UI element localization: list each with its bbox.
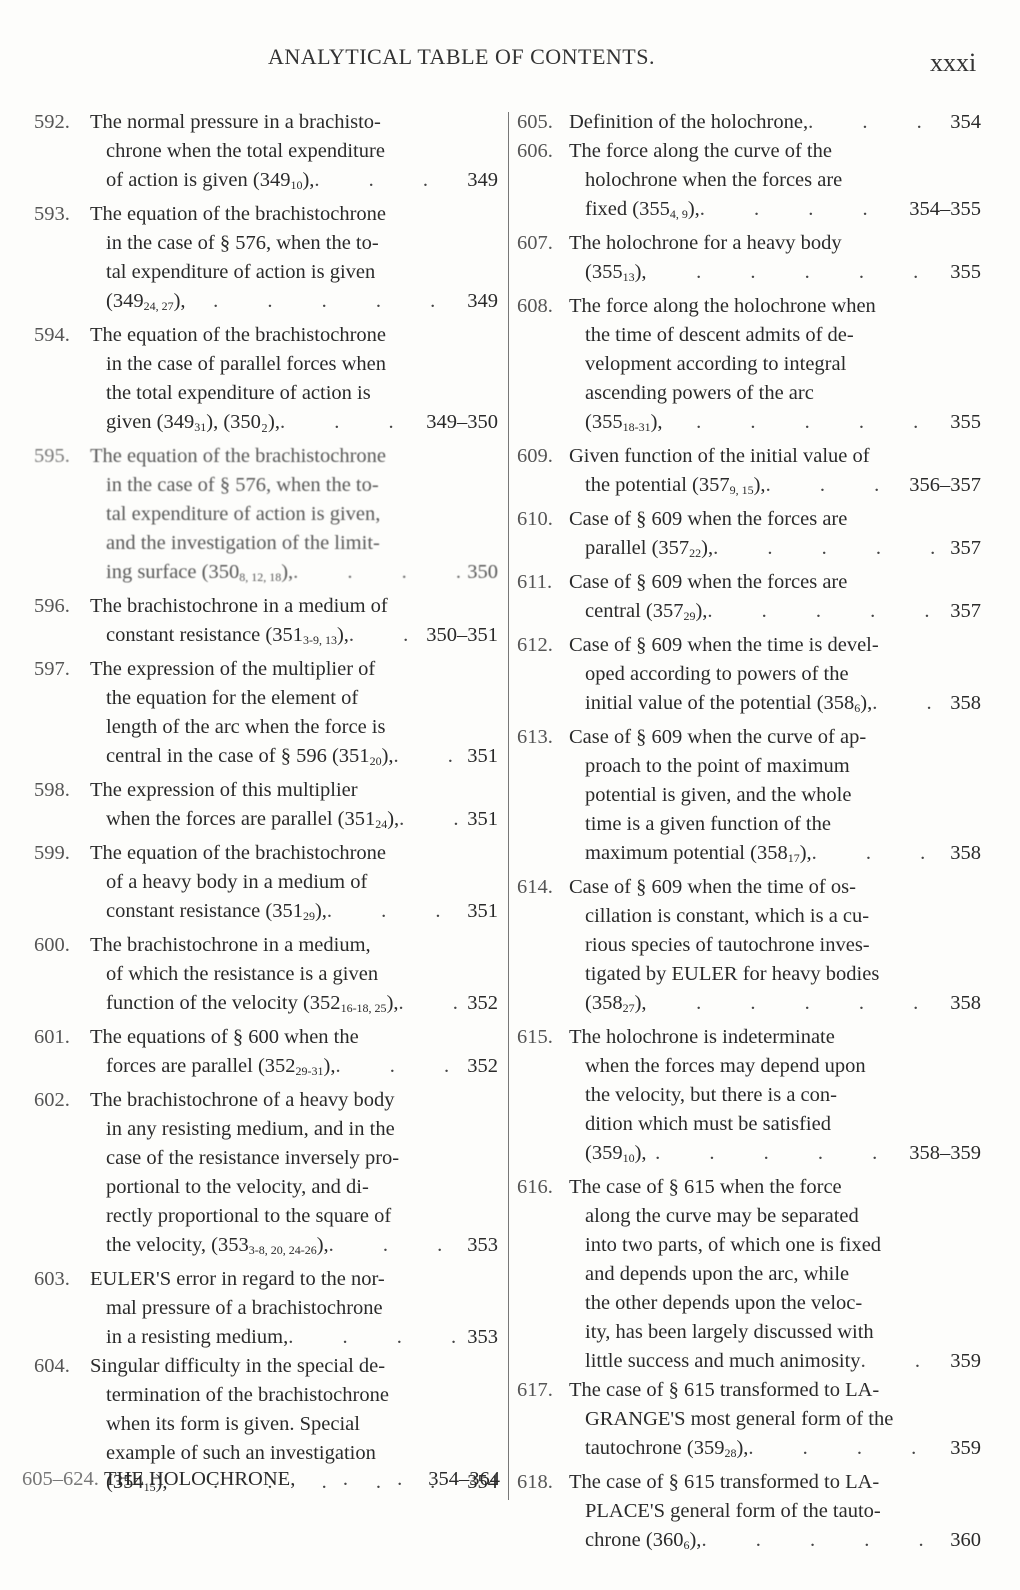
entry-text: (35518-31),: [585, 408, 663, 442]
entry-text: example of such an investigation: [106, 1439, 376, 1468]
entry-line: EULER'S error in regard to the nor-: [34, 1265, 498, 1294]
entry-text-main: constant resistance (351: [106, 624, 303, 646]
entry-text: Given function of the initial value of: [569, 442, 870, 471]
entry-text-main: forces are parallel (352: [106, 1055, 296, 1077]
entry-text: initial value of the potential (3586),: [585, 689, 872, 723]
entry-line: in the case of parallel forces when: [34, 350, 498, 379]
entry-text: velopment according to integral: [585, 350, 846, 379]
dot-leader: . . . . .: [707, 597, 944, 631]
right-column: 605.Definition of the holochrone,. . . .…: [517, 108, 981, 1560]
entry-text: EULER'S error in regard to the nor-: [90, 1265, 385, 1294]
entry-line: when the forces may depend upon: [517, 1052, 981, 1081]
section-title: THE HOLOCHRONE,: [104, 1468, 295, 1490]
toc-entry: 614.Case of § 609 when the time of os-ci…: [517, 873, 981, 1023]
dot-leader: . . . . .: [812, 839, 945, 873]
entry-text: of which the resistance is a given: [106, 960, 378, 989]
entry-last-line: given (34931), (350₂),. . . . .349–350: [34, 408, 498, 442]
toc-entry: 599.The equation of the brachistochroneo…: [34, 839, 498, 931]
equation-reference: 29: [303, 909, 315, 923]
entry-text: termination of the brachistochrone: [106, 1381, 389, 1410]
entry-text-main: central (357: [585, 600, 683, 622]
page-reference: 349: [461, 287, 498, 321]
page-reference: 353: [461, 1231, 498, 1265]
entry-last-line: maximum potential (35817),. . . . .358: [517, 839, 981, 873]
entry-text-tail: ),: [635, 992, 647, 1014]
dot-leader: . . . . .: [349, 621, 420, 655]
entry-line: and the investigation of the limit-: [34, 529, 498, 558]
toc-entry: 617.The case of § 615 transformed to LA-…: [517, 1376, 981, 1468]
entry-text-main: given (349: [106, 411, 194, 433]
page-reference: 358: [944, 989, 981, 1023]
entry-text: Case of § 609 when the curve of ap-: [569, 723, 866, 752]
entry-last-line: parallel (35722),. . . . .357: [517, 534, 981, 568]
entry-text: function of the velocity (35216-18, 25),: [106, 989, 399, 1023]
entry-text: (35827),: [585, 989, 647, 1023]
entry-text: oped according to powers of the: [585, 660, 849, 689]
entry-line: the total expenditure of action is: [34, 379, 498, 408]
entry-number: 600.: [34, 931, 70, 960]
entry-text: in the case of § 576, when the to-: [106, 471, 379, 500]
entry-text-main: (355: [585, 411, 623, 433]
left-column: 592.The normal pressure in a brachisto-c…: [34, 108, 498, 1502]
entry-text: The case of § 615 when the force: [569, 1173, 842, 1202]
equation-reference: 28: [724, 1446, 736, 1460]
entry-text: The equation of the brachistochrone: [90, 839, 386, 868]
entry-text: PLACE'S general form of the tauto-: [585, 1497, 881, 1526]
entry-line: in any resisting medium, and in the: [34, 1115, 498, 1144]
entry-number: 598.: [34, 776, 70, 805]
entry-text: case of the resistance inversely pro-: [106, 1144, 399, 1173]
entry-last-line: tautochrone (35928),. . . . .359: [517, 1434, 981, 1468]
entry-number: 611.: [517, 568, 552, 597]
entry-text: The expression of the multiplier of: [90, 655, 375, 684]
entry-text: Singular difficulty in the special de-: [90, 1352, 385, 1381]
entry-text: little success and much animosity: [585, 1347, 861, 1376]
entry-line: into two parts, of which one is fixed: [517, 1231, 981, 1260]
entry-text: Case of § 609 when the time of os-: [569, 873, 856, 902]
entry-last-line: the velocity, (3533-8, 20, 24-26),. . . …: [34, 1231, 498, 1265]
entry-text-tail: ),: [337, 624, 349, 646]
entry-line: termination of the brachistochrone: [34, 1381, 498, 1410]
entry-number: 592.: [34, 108, 70, 137]
entry-number: 613.: [517, 723, 553, 752]
equation-reference: 31: [194, 420, 206, 434]
entry-line: mal pressure of a brachistochrone: [34, 1294, 498, 1323]
entry-line: along the curve may be separated: [517, 1202, 981, 1231]
entry-line: The brachistochrone in a medium,: [34, 931, 498, 960]
entry-line: velopment according to integral: [517, 350, 981, 379]
entry-line: The equation of the brachistochrone: [34, 321, 498, 350]
toc-entry: 608.The force along the holochrone whent…: [517, 292, 981, 442]
toc-entry: 610.Case of § 609 when the forces arepar…: [517, 505, 981, 568]
entry-line: in the case of § 576, when the to-: [34, 229, 498, 258]
page-reference: 352: [461, 989, 498, 1023]
entry-text: in a resisting medium,: [106, 1323, 288, 1352]
entry-text: constant resistance (35129),: [106, 897, 327, 931]
entry-text-main: central in the case of § 596 (351: [106, 745, 370, 767]
toc-entry: 613.Case of § 609 when the curve of ap-p…: [517, 723, 981, 873]
entry-text: The brachistochrone in a medium of: [90, 592, 388, 621]
toc-entry: 601.The equations of § 600 when theforce…: [34, 1023, 498, 1086]
entry-text: length of the arc when the force is: [106, 713, 385, 742]
entry-text: The brachistochrone in a medium,: [90, 931, 371, 960]
entry-text: and the investigation of the limit-: [106, 529, 380, 558]
entry-line: rectly proportional to the square of: [34, 1202, 498, 1231]
entry-number: 594.: [34, 321, 70, 350]
toc-entry: 597.The expression of the multiplier oft…: [34, 655, 498, 776]
entry-text-tail: ),: [754, 474, 766, 496]
entry-text: The expression of this multiplier: [90, 776, 358, 805]
toc-entry: 611.Case of § 609 when the forces arecen…: [517, 568, 981, 631]
section-pages: 354–364: [428, 1468, 500, 1491]
entry-line: PLACE'S general form of the tauto-: [517, 1497, 981, 1526]
toc-entry: 598.The expression of this multiplierwhe…: [34, 776, 498, 839]
entry-text-tail: ), (350₂),: [206, 411, 280, 433]
entry-line: of which the resistance is a given: [34, 960, 498, 989]
entry-line: The force along the holochrone when: [517, 292, 981, 321]
entry-text: time is a given function of the: [585, 810, 831, 839]
entry-text: the other depends upon the veloc-: [585, 1289, 862, 1318]
dot-leader: . . . . .: [327, 897, 461, 931]
entry-line: holochrone when the forces are: [517, 166, 981, 195]
equation-reference: 13: [623, 270, 635, 284]
entry-line: Case of § 609 when the forces are: [517, 568, 981, 597]
entry-last-line: (35827),. . . . .358: [517, 989, 981, 1023]
entry-text-main: function of the velocity (352: [106, 992, 341, 1014]
entry-last-line: ing surface (3508, 12, 18),. . . . .350: [34, 558, 498, 592]
entry-number: 610.: [517, 505, 553, 534]
page-reference: 349: [461, 166, 498, 200]
toc-entry: 603.EULER'S error in regard to the nor-m…: [34, 1265, 498, 1352]
equation-reference: 3-9, 13: [303, 633, 337, 647]
entry-text: The force along the curve of the: [569, 137, 832, 166]
entry-line: Case of § 609 when the forces are: [517, 505, 981, 534]
page-reference: 354–355: [903, 195, 981, 229]
entry-line: Case of § 609 when the time is devel-: [517, 631, 981, 660]
entry-text-main: little success and much animosity: [585, 1350, 861, 1372]
entry-line: oped according to powers of the: [517, 660, 981, 689]
entry-line: GRANGE'S most general form of the: [517, 1405, 981, 1434]
dot-leader: . . . . .: [647, 1139, 904, 1173]
entry-text-tail: ),: [315, 900, 327, 922]
entry-text-main: maximum potential (358: [585, 842, 788, 864]
entry-text: cillation is constant, which is a cu-: [585, 902, 869, 931]
entry-text-tail: ),: [635, 1142, 647, 1164]
entry-number: 595.: [34, 442, 70, 471]
dot-leader: . . . . .: [748, 1434, 944, 1468]
entry-text: rious species of tautochrone inves-: [585, 931, 870, 960]
entry-text-tail: ),: [281, 561, 293, 583]
entry-line: case of the resistance inversely pro-: [34, 1144, 498, 1173]
entry-text: GRANGE'S most general form of the: [585, 1405, 893, 1434]
toc-entry: 602.The brachistochrone of a heavy bodyi…: [34, 1086, 498, 1265]
equation-reference: 17: [788, 851, 800, 865]
entry-line: The normal pressure in a brachisto-: [34, 108, 498, 137]
page-reference: 351: [461, 897, 498, 931]
dot-leader: . . . . .: [394, 742, 462, 776]
entry-line: Singular difficulty in the special de-: [34, 1352, 498, 1381]
toc-entry: 594.The equation of the brachistochronei…: [34, 321, 498, 442]
entry-last-line: constant resistance (35129),. . . . .351: [34, 897, 498, 931]
entry-text: tal expenditure of action is given,: [106, 500, 380, 529]
entry-line: example of such an investigation: [34, 1439, 498, 1468]
entry-text-main: initial value of the potential (358: [585, 692, 854, 714]
entry-number: 605.: [517, 108, 553, 137]
entry-line: dition which must be satisfied: [517, 1110, 981, 1139]
entry-text-main: the potential (357: [585, 474, 730, 496]
entry-text-main: tautochrone (359: [585, 1437, 724, 1459]
toc-entry: 607.The holochrone for a heavy body(3551…: [517, 229, 981, 292]
equation-reference: 10: [290, 178, 302, 192]
entry-text: tautochrone (35928),: [585, 1434, 748, 1468]
page-reference: 350–351: [420, 621, 498, 655]
equation-reference: 24, 27: [144, 299, 174, 313]
entry-text: and depends upon the arc, while: [585, 1260, 849, 1289]
entry-last-line: when the forces are parallel (35124),. .…: [34, 805, 498, 839]
entry-number: 617.: [517, 1376, 553, 1405]
page-reference: 358–359: [903, 1139, 981, 1173]
section-range: 605–624.: [22, 1468, 99, 1490]
entry-text: (35513),: [585, 258, 647, 292]
entry-last-line: central (35729),. . . . .357: [517, 597, 981, 631]
entry-last-line: (34924, 27),. . . . .349: [34, 287, 498, 321]
column-divider: [508, 112, 509, 1500]
entry-last-line: forces are parallel (35229-31),. . . . .…: [34, 1052, 498, 1086]
page-header: ANALYTICAL TABLE OF CONTENTS. xxxi: [0, 44, 1020, 74]
toc-entry: 593.The equation of the brachistochronei…: [34, 200, 498, 321]
entry-line: length of the arc when the force is: [34, 713, 498, 742]
page-reference: 355: [944, 408, 981, 442]
page-reference: 360: [944, 1526, 981, 1560]
toc-entry: 609.Given function of the initial value …: [517, 442, 981, 505]
entry-number: 616.: [517, 1173, 553, 1202]
entry-line: The equations of § 600 when the: [34, 1023, 498, 1052]
entry-text: ity, has been largely discussed with: [585, 1318, 874, 1347]
toc-entry: 612.Case of § 609 when the time is devel…: [517, 631, 981, 723]
equation-reference: 18-31: [623, 420, 651, 434]
entry-text: The case of § 615 transformed to LA-: [569, 1376, 879, 1405]
entry-text: the velocity, (3533-8, 20, 24-26),: [106, 1231, 329, 1265]
entry-text: when the forces are parallel (35124),: [106, 805, 399, 839]
dot-leader: . . . . .: [713, 534, 944, 568]
entry-text: the total expenditure of action is: [106, 379, 371, 408]
page-reference: 358: [944, 839, 981, 873]
page-reference: 356–357: [903, 471, 981, 505]
entry-line: The case of § 615 when the force: [517, 1173, 981, 1202]
entry-text-main: (355: [585, 261, 623, 283]
entry-line: cillation is constant, which is a cu-: [517, 902, 981, 931]
toc-entry: 618.The case of § 615 transformed to LA-…: [517, 1468, 981, 1560]
entry-line: The case of § 615 transformed to LA-: [517, 1376, 981, 1405]
entry-number: 612.: [517, 631, 553, 660]
dot-leader: . .: [295, 1468, 428, 1491]
entry-text: The holochrone for a heavy body: [569, 229, 842, 258]
entry-text: (34924, 27),: [106, 287, 186, 321]
page-reference: 354: [944, 108, 981, 137]
entry-line: The brachistochrone in a medium of: [34, 592, 498, 621]
equation-reference: 8, 12, 18: [239, 570, 281, 584]
entry-number: 604.: [34, 1352, 70, 1381]
entry-text-tail: ),: [651, 411, 663, 433]
entry-text: portional to the velocity, and di-: [106, 1173, 369, 1202]
dot-leader: . . . . .: [700, 195, 903, 229]
entry-number: 609.: [517, 442, 553, 471]
page-reference: 357: [944, 597, 981, 631]
entry-text: in the case of parallel forces when: [106, 350, 386, 379]
entry-line: chrone when the total expenditure: [34, 137, 498, 166]
entry-number: 597.: [34, 655, 70, 684]
entry-text: maximum potential (35817),: [585, 839, 812, 873]
entry-line: the other depends upon the veloc-: [517, 1289, 981, 1318]
entry-text: constant resistance (3513-9, 13),: [106, 621, 349, 655]
entry-line: ity, has been largely discussed with: [517, 1318, 981, 1347]
entry-number: 602.: [34, 1086, 70, 1115]
toc-entry: 605.Definition of the holochrone,. . . .…: [517, 108, 981, 137]
entry-number: 618.: [517, 1468, 553, 1497]
entry-text: central in the case of § 596 (35120),: [106, 742, 394, 776]
dot-leader: . . . . .: [335, 1052, 461, 1086]
dot-leader: . . . . .: [861, 1347, 945, 1376]
entry-text: tal expenditure of action is given: [106, 258, 375, 287]
page-reference: 351: [461, 805, 498, 839]
entry-text: dition which must be satisfied: [585, 1110, 831, 1139]
entry-text-tail: ),: [302, 169, 314, 191]
page-reference: 349–350: [420, 408, 498, 442]
entry-line: The equation of the brachistochrone: [34, 200, 498, 229]
entry-line: Given function of the initial value of: [517, 442, 981, 471]
page-reference: 358: [944, 689, 981, 723]
entry-line: The equation of the brachistochrone: [34, 442, 498, 471]
dot-leader: . . . . .: [329, 1231, 462, 1265]
entry-text-main: the velocity, (353: [106, 1234, 249, 1256]
entry-number: 601.: [34, 1023, 70, 1052]
entry-line: Case of § 609 when the time of os-: [517, 873, 981, 902]
dot-leader: . . . . .: [288, 1323, 461, 1352]
toc-entry: 606.The force along the curve of theholo…: [517, 137, 981, 229]
entry-text: parallel (35722),: [585, 534, 713, 568]
toc-entry: 600.The brachistochrone in a medium,of w…: [34, 931, 498, 1023]
entry-last-line: little success and much animosity. . . .…: [517, 1347, 981, 1376]
dot-leader: . . . . .: [314, 166, 461, 200]
entry-text-tail: ),: [387, 808, 399, 830]
entry-text: holochrone when the forces are: [585, 166, 842, 195]
dot-leader: . . . . .: [280, 408, 420, 442]
equation-reference: 10: [623, 1151, 635, 1165]
page-reference: 352: [461, 1052, 498, 1086]
entry-line: The equation of the brachistochrone: [34, 839, 498, 868]
entry-text: The equation of the brachistochrone: [90, 200, 386, 229]
running-title: ANALYTICAL TABLE OF CONTENTS.: [268, 44, 655, 70]
equation-reference: 16-18, 25: [341, 1001, 387, 1015]
equation-reference: 20: [370, 754, 382, 768]
page-reference: 359: [944, 1347, 981, 1376]
entry-line: The force along the curve of the: [517, 137, 981, 166]
section-footer: 605–624. THE HOLOCHRONE, . . 354–364: [22, 1468, 500, 1491]
entry-line: The holochrone is indeterminate: [517, 1023, 981, 1052]
toc-entry: 596.The brachistochrone in a medium ofco…: [34, 592, 498, 655]
entry-text: given (34931), (350₂),: [106, 408, 280, 442]
entry-number: 607.: [517, 229, 553, 258]
entry-text: in any resisting medium, and in the: [106, 1115, 395, 1144]
entry-text: Case of § 609 when the forces are: [569, 505, 847, 534]
toc-entry: 615.The holochrone is indeterminatewhen …: [517, 1023, 981, 1173]
toc-entry: 592.The normal pressure in a brachisto-c…: [34, 108, 498, 200]
dot-leader: . . . . .: [766, 471, 904, 505]
dot-leader: . . . . .: [399, 805, 461, 839]
entry-number: 599.: [34, 839, 70, 868]
entry-text-main: fixed (355: [585, 198, 670, 220]
toc-entry: 616.The case of § 615 when the forcealon…: [517, 1173, 981, 1376]
page-number: xxxi: [930, 48, 976, 78]
entry-text: chrone (3606),: [585, 1526, 701, 1560]
entry-last-line: constant resistance (3513-9, 13),. . . .…: [34, 621, 498, 655]
entry-last-line: (35910),. . . . .358–359: [517, 1139, 981, 1173]
entry-text: the potential (3579, 15),: [585, 471, 766, 505]
entry-text: The equations of § 600 when the: [90, 1023, 359, 1052]
page-reference: 359: [944, 1434, 981, 1468]
entry-text: the velocity, but there is a con-: [585, 1081, 837, 1110]
entry-last-line: chrone (3606),. . . . .360: [517, 1526, 981, 1560]
equation-reference: 24: [375, 817, 387, 831]
entry-text: mal pressure of a brachistochrone: [106, 1294, 383, 1323]
entry-last-line: function of the velocity (35216-18, 25),…: [34, 989, 498, 1023]
entry-text: Case of § 609 when the forces are: [569, 568, 847, 597]
entry-text: the time of descent admits of de-: [585, 321, 854, 350]
dot-leader: . . . . .: [663, 408, 945, 442]
dot-leader: . . . . .: [186, 287, 462, 321]
entry-text: rectly proportional to the square of: [106, 1202, 391, 1231]
entry-number: 614.: [517, 873, 553, 902]
entry-text-main: (358: [585, 992, 623, 1014]
entry-text: into two parts, of which one is fixed: [585, 1231, 881, 1260]
dot-leader: . . . . .: [808, 108, 944, 137]
entry-text: potential is given, and the whole: [585, 781, 851, 810]
entry-line: when its form is given. Special: [34, 1410, 498, 1439]
entry-text: the equation for the element of: [106, 684, 358, 713]
entry-text: of action is given (34910),: [106, 166, 314, 200]
dot-leader: . . . . .: [701, 1526, 944, 1560]
entry-text: Definition of the holochrone,: [569, 108, 808, 137]
toc-entry: 595.The equation of the brachistochronei…: [34, 442, 498, 592]
page-reference: 351: [461, 742, 498, 776]
equation-reference: 29-31: [296, 1064, 324, 1078]
entry-text-tail: ),: [695, 600, 707, 622]
entry-text-main: parallel (357: [585, 537, 689, 559]
page-reference: 357: [944, 534, 981, 568]
entry-text-main: of action is given (349: [106, 169, 290, 191]
entry-line: the equation for the element of: [34, 684, 498, 713]
entry-text-tail: ),: [800, 842, 812, 864]
entry-last-line: in a resisting medium,. . . . .353: [34, 1323, 498, 1352]
entry-line: rious species of tautochrone inves-: [517, 931, 981, 960]
entry-last-line: of action is given (34910),. . . . .349: [34, 166, 498, 200]
entry-text-tail: ),: [701, 537, 713, 559]
entry-line: proach to the point of maximum: [517, 752, 981, 781]
entry-last-line: fixed (3554, 9),. . . . .354–355: [517, 195, 981, 229]
entry-text: The case of § 615 transformed to LA-: [569, 1468, 879, 1497]
entry-line: the velocity, but there is a con-: [517, 1081, 981, 1110]
entry-text: ing surface (3508, 12, 18),: [106, 558, 293, 592]
entry-text: chrone when the total expenditure: [106, 137, 385, 166]
entry-text-main: (359: [585, 1142, 623, 1164]
entry-text: in the case of § 576, when the to-: [106, 229, 379, 258]
entry-text-tail: ),: [689, 1529, 701, 1551]
entry-text-tail: ),: [860, 692, 872, 714]
entry-text: fixed (3554, 9),: [585, 195, 700, 229]
entry-line: and depends upon the arc, while: [517, 1260, 981, 1289]
entry-text: The equation of the brachistochrone: [90, 321, 386, 350]
entry-number: 608.: [517, 292, 553, 321]
